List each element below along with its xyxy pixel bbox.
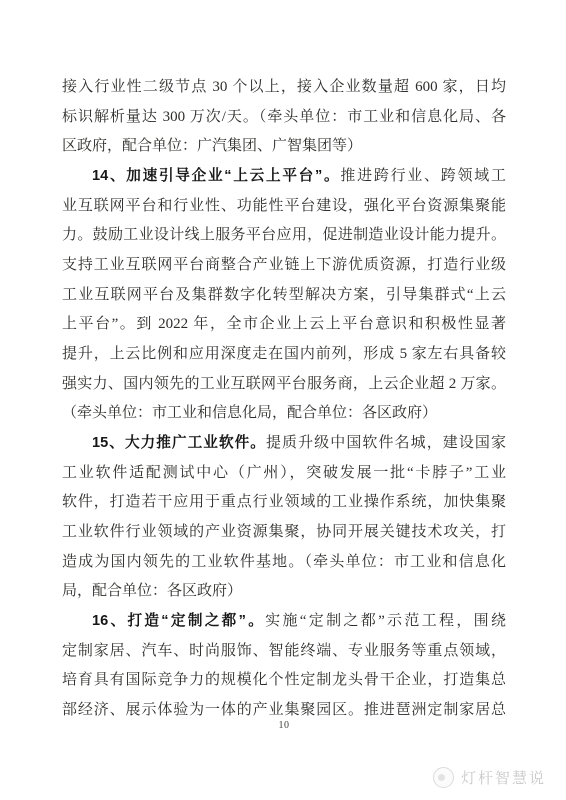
body-text: 提升，上云比例和应用深度走在国内前列，形成 5 家左右具备较: [62, 346, 506, 362]
body-text: 标识解析量达 300 万次/天。（牵头单位：市工业和信息化局、各: [62, 109, 506, 125]
text-line: 标识解析量达 300 万次/天。（牵头单位：市工业和信息化局、各: [62, 103, 506, 133]
text-line: 工业软件行业领域的产业资源集聚，协同开展关键技术攻关，打: [62, 518, 506, 548]
text-line: 区政府，配合单位：广汽集团、广智集团等）: [62, 132, 506, 162]
text-line: 上平台”。到 2022 年，全市企业上云上平台意识和积极性显著: [62, 310, 506, 340]
text-line: 定制家居、汽车、时尚服饰、智能终端、专业服务等重点领域，: [62, 637, 506, 667]
body-text: 定制家居、汽车、时尚服饰、智能终端、专业服务等重点领域，: [62, 643, 506, 659]
item-heading-text: 16、打造“定制之都”。: [92, 613, 265, 629]
watermark: 灯杆智慧说: [433, 765, 546, 789]
body-text: 局，配合单位：各区政府）: [62, 583, 242, 599]
item-heading-text: 14、加速引导企业“上云上平台”。: [92, 168, 340, 184]
body-text: 工业互联网平台及集群数字化转型解决方案，引导集群式“上云: [62, 287, 506, 303]
document-page: 接入行业性二级节点 30 个以上，接入企业数量超 600 家，日均标识解析量达 …: [0, 0, 566, 800]
body-text: 上平台”。到 2022 年，全市企业上云上平台意识和积极性显著: [62, 316, 506, 332]
text-line: 业互联网平台和行业性、功能性平台建设，强化平台资源集聚能: [62, 192, 506, 222]
body-text: 力。鼓励工业设计线上服务平台应用，促进制造业设计能力提升。: [62, 227, 506, 243]
body-text: 软件，打造若干应用于重点行业领域的工业操作系统，加快集聚: [62, 494, 506, 510]
item-heading-text: 15、大力推广工业软件。: [92, 435, 266, 451]
text-line: 培育具有国际竞争力的规模化个性定制龙头骨干企业，打造集总: [62, 666, 506, 696]
text-line: 14、加速引导企业“上云上平台”。推进跨行业、跨领域工: [62, 162, 506, 192]
body-text: 培育具有国际竞争力的规模化个性定制龙头骨干企业，打造集总: [62, 672, 506, 688]
text-line: （牵头单位：市工业和信息化局，配合单位：各区政府）: [62, 399, 506, 429]
body-text: 推进跨行业、跨领域工: [340, 168, 506, 184]
body-text: 造成为国内领先的工业软件基地。（牵头单位：市工业和信息化: [62, 554, 506, 570]
watermark-text: 灯杆智慧说: [461, 767, 546, 788]
text-line: 软件，打造若干应用于重点行业领域的工业操作系统，加快集聚: [62, 488, 506, 518]
text-line: 提升，上云比例和应用深度走在国内前列，形成 5 家左右具备较: [62, 340, 506, 370]
text-line: 16、打造“定制之都”。实施“定制之都”示范工程，围绕: [62, 607, 506, 637]
body-text: 提质升级中国软件名城，建设国家: [266, 435, 506, 451]
body-text: 业互联网平台和行业性、功能性平台建设，强化平台资源集聚能: [62, 198, 506, 214]
text-line: 接入行业性二级节点 30 个以上，接入企业数量超 600 家，日均: [62, 73, 506, 103]
body-text: 工业软件适配测试中心（广州），突破发展一批“卡脖子”工业: [62, 465, 506, 481]
body-text: 实施“定制之都”示范工程，围绕: [265, 613, 506, 629]
text-line: 局，配合单位：各区政府）: [62, 577, 506, 607]
text-line: 造成为国内领先的工业软件基地。（牵头单位：市工业和信息化: [62, 548, 506, 578]
text-line: 强实力、国内领先的工业互联网平台服务商，上云企业超 2 万家。: [62, 370, 506, 400]
page-number: 10: [62, 720, 506, 731]
body-text: 区政府，配合单位：广汽集团、广智集团等）: [62, 138, 362, 154]
text-line: 支持工业互联网平台商整合产业链上下游优质资源，打造行业级: [62, 251, 506, 281]
document-body: 接入行业性二级节点 30 个以上，接入企业数量超 600 家，日均标识解析量达 …: [62, 73, 506, 726]
text-line: 工业软件适配测试中心（广州），突破发展一批“卡脖子”工业: [62, 459, 506, 489]
text-line: 15、大力推广工业软件。提质升级中国软件名城，建设国家: [62, 429, 506, 459]
body-text: 部经济、展示体验为一体的产业集聚园区。推进琶洲定制家居总: [62, 702, 506, 718]
body-text: 强实力、国内领先的工业互联网平台服务商，上云企业超 2 万家。: [62, 376, 506, 392]
watermark-logo-icon: [433, 767, 454, 788]
body-text: 接入行业性二级节点 30 个以上，接入企业数量超 600 家，日均: [62, 79, 506, 95]
text-line: 力。鼓励工业设计线上服务平台应用，促进制造业设计能力提升。: [62, 221, 506, 251]
body-text: （牵头单位：市工业和信息化局，配合单位：各区政府）: [62, 405, 437, 421]
body-text: 工业软件行业领域的产业资源集聚，协同开展关键技术攻关，打: [62, 524, 506, 540]
body-text: 支持工业互联网平台商整合产业链上下游优质资源，打造行业级: [62, 257, 506, 273]
text-line: 工业互联网平台及集群数字化转型解决方案，引导集群式“上云: [62, 281, 506, 311]
